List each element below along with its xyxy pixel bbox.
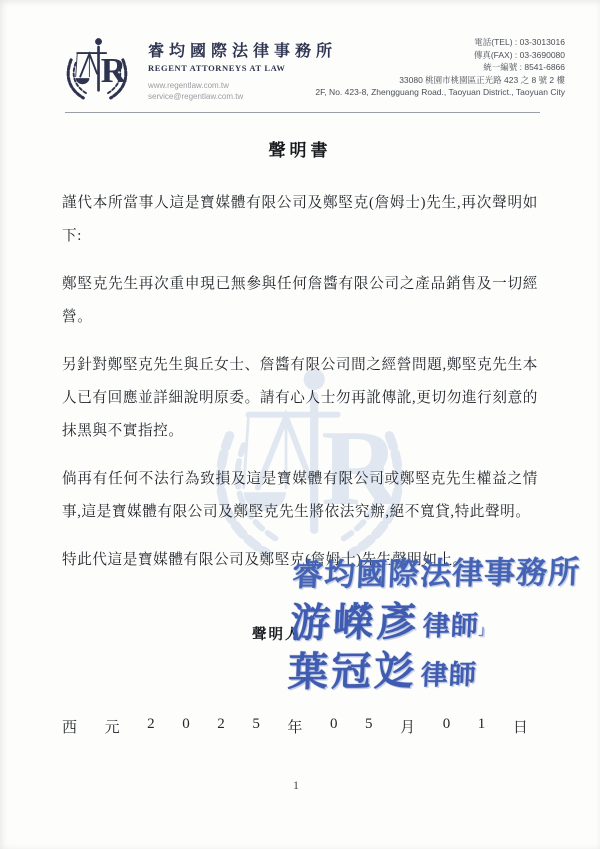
lawyer-1-name: 游嶸彥: [289, 599, 420, 645]
document-title: 聲明書: [62, 136, 538, 161]
contact-address-en: 2F, No. 423-8, Zhengguang Road., Taoyuan…: [315, 86, 565, 99]
scales-of-justice-icon: R: [58, 91, 136, 108]
date-token: 0: [443, 716, 451, 737]
date-line: 西元2025年05月01日: [62, 716, 528, 737]
letterhead: R 睿均國際法律事務所 REGENT ATTORNEYS AT LAW www.…: [0, 30, 600, 112]
paragraph-statement-3: 倘再有任何不法行為致損及這是寶媒體有限公司或鄭堅克先生權益之情事,這是寶媒體有限…: [62, 463, 538, 529]
lawyer-2-title: 律師: [420, 660, 477, 691]
stamp-firm-name: 睿均國際法律事務所: [291, 556, 592, 590]
lawyer-1-title: 律師: [422, 611, 479, 642]
contact-tax-id: 統一編號 : 8541-6866: [315, 61, 565, 74]
lawyer-2-name: 葉冠彣: [287, 648, 418, 694]
firm-name-block: 睿均國際法律事務所 REGENT ATTORNEYS AT LAW www.re…: [148, 38, 337, 102]
signature-lawyer-1: 游嶸彥 律師」: [289, 600, 591, 643]
contact-tel: 電話(TEL) : 03-3013016: [315, 36, 565, 49]
firm-name-en: REGENT ATTORNEYS AT LAW: [148, 63, 337, 73]
svg-text:R: R: [101, 51, 127, 90]
date-token: 5: [252, 716, 260, 737]
paragraph-statement-2: 另針對鄭堅克先生與丘女士、詹醬有限公司間之經營問題,鄭堅克先生本人已有回應並詳細…: [62, 349, 538, 448]
date-token: 2: [147, 716, 155, 737]
signature-stamp: 睿均國際法律事務所 游嶸彥 律師」 葉冠彣 律師: [287, 556, 593, 692]
firm-email: service@regentlaw.com.tw: [148, 91, 337, 102]
date-token: 0: [330, 716, 338, 737]
date-token: 月: [400, 716, 415, 737]
stamp-bracket-mark: 」: [478, 622, 492, 637]
law-firm-logo: R: [58, 34, 136, 104]
paragraph-intro: 謹代本所當事人這是寶媒體有限公司及鄭堅克(詹姆士)先生,再次聲明如下:: [62, 187, 538, 253]
date-token: 元: [105, 716, 120, 737]
page-number: 1: [0, 778, 592, 793]
contact-fax: 傳真(FAX) : 03-3690080: [315, 49, 565, 62]
firm-name-zh: 睿均國際法律事務所: [148, 38, 337, 61]
contact-address-zh: 33080 桃園市桃園區正光路 423 之 8 號 2 樓: [315, 74, 565, 87]
paragraph-statement-1: 鄭堅克先生再次重申現已無參與任何詹醬有限公司之產品銷售及一切經營。: [62, 268, 538, 334]
header-divider: [65, 112, 540, 113]
document-page: R 睿均國際法律事務所 REGENT ATTORNEYS AT LAW www.…: [0, 0, 600, 849]
date-token: 1: [478, 716, 486, 737]
signature-lawyer-2: 葉冠彣 律師: [287, 649, 589, 692]
date-token: 日: [513, 716, 528, 737]
date-token: 西: [62, 716, 77, 737]
date-token: 2: [217, 716, 225, 737]
date-token: 5: [365, 716, 373, 737]
firm-website: www.regentlaw.com.tw: [148, 80, 337, 91]
date-token: 年: [287, 716, 302, 737]
contact-block: 電話(TEL) : 03-3013016 傳真(FAX) : 03-369008…: [315, 36, 565, 99]
date-token: 0: [182, 716, 190, 737]
